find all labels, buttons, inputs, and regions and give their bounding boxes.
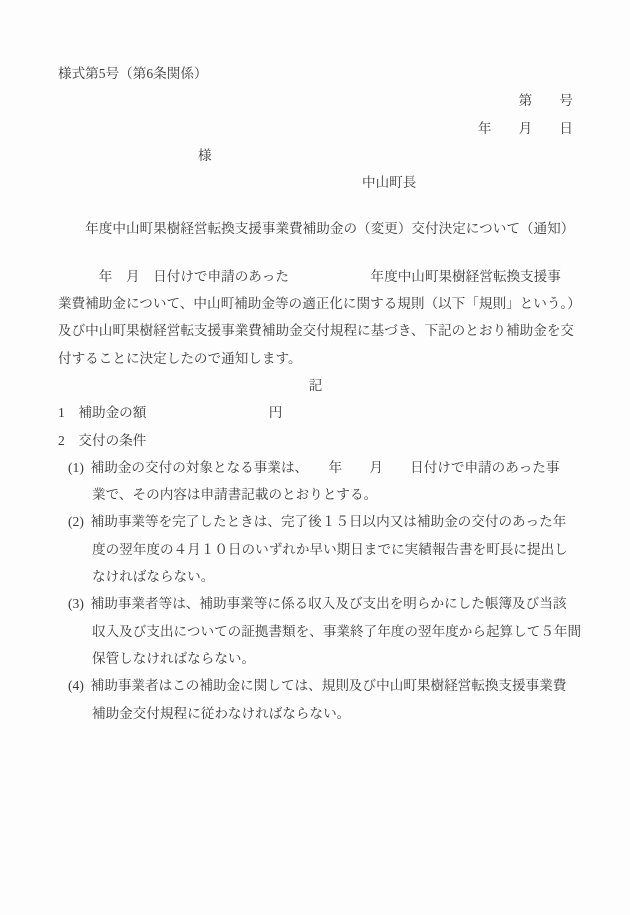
- body-line-1: 年 月 日付けで申請のあった 年度中山町果樹経営転換支援事: [58, 263, 573, 290]
- body-line-3: 及び中山町果樹経営転支援事業費補助金交付規程に基づき、下記のとおり補助金を交: [58, 317, 573, 344]
- article-2-sub-4-line-2: 補助金交付規程に従わなければならない。: [92, 700, 573, 727]
- article-2-heading: 2 交付の条件: [58, 427, 573, 454]
- date-line: 年 月 日: [58, 115, 573, 142]
- article-2-sub-3-line-3: 保管しなければならない。: [92, 645, 573, 672]
- body-line-2: 業費補助金について、中山町補助金等の適正化に関する規則（以下「規則」という。）: [58, 290, 573, 317]
- spacer: [58, 196, 573, 215]
- spacer: [58, 243, 573, 263]
- article-2-sub-2-line-3: なければならない。: [92, 563, 573, 590]
- record-marker: 記: [58, 372, 573, 399]
- article-2-sub-3-line-2: 収入及び支出についての証拠書類を、事業終了年度の翌年度から起算して５年間: [92, 618, 573, 645]
- body-line-4: 付することに決定したので通知します。: [58, 345, 573, 372]
- document-page: 様式第5号（第6条関係） 第 号 年 月 日 様 中山町長 年度中山町果樹経営転…: [0, 0, 630, 915]
- article-1-amount-line: 1 補助金の額 円: [58, 399, 573, 426]
- article-2-sub-3-line-1: (3) 補助事業者等は、補助事業等に係る収入及び支出を明らかにした帳簿及び当該: [68, 590, 573, 617]
- article-2-sub-1-line-2: 業で、その内容は申請書記載のとおりとする。: [92, 481, 573, 508]
- article-2-sub-1-line-1: (1) 補助金の交付の対象となる事業は、 年 月 日付けで申請のあった事: [68, 454, 573, 481]
- article-2-sub-2-line-1: (2) 補助事業等を完了したときは、完了後１５日以内又は補助金の交付のあった年: [68, 508, 573, 535]
- doc-number-line: 第 号: [58, 87, 573, 114]
- article-2-sub-2-line-2: 度の翌年度の４月１０日のいずれか早い期日までに実績報告書を町長に提出し: [92, 536, 573, 563]
- subject-title: 年度中山町果樹経営転換支援事業費補助金の（変更）交付決定について（通知）: [58, 215, 573, 242]
- article-2-sub-4-line-1: (4) 補助事業者はこの補助金に関しては、規則及び中山町果樹経営転換支援事業費: [68, 672, 573, 699]
- sender-title: 中山町長: [362, 169, 573, 196]
- addressee-honorific: 様: [198, 142, 573, 169]
- form-label: 様式第5号（第6条関係）: [58, 60, 573, 87]
